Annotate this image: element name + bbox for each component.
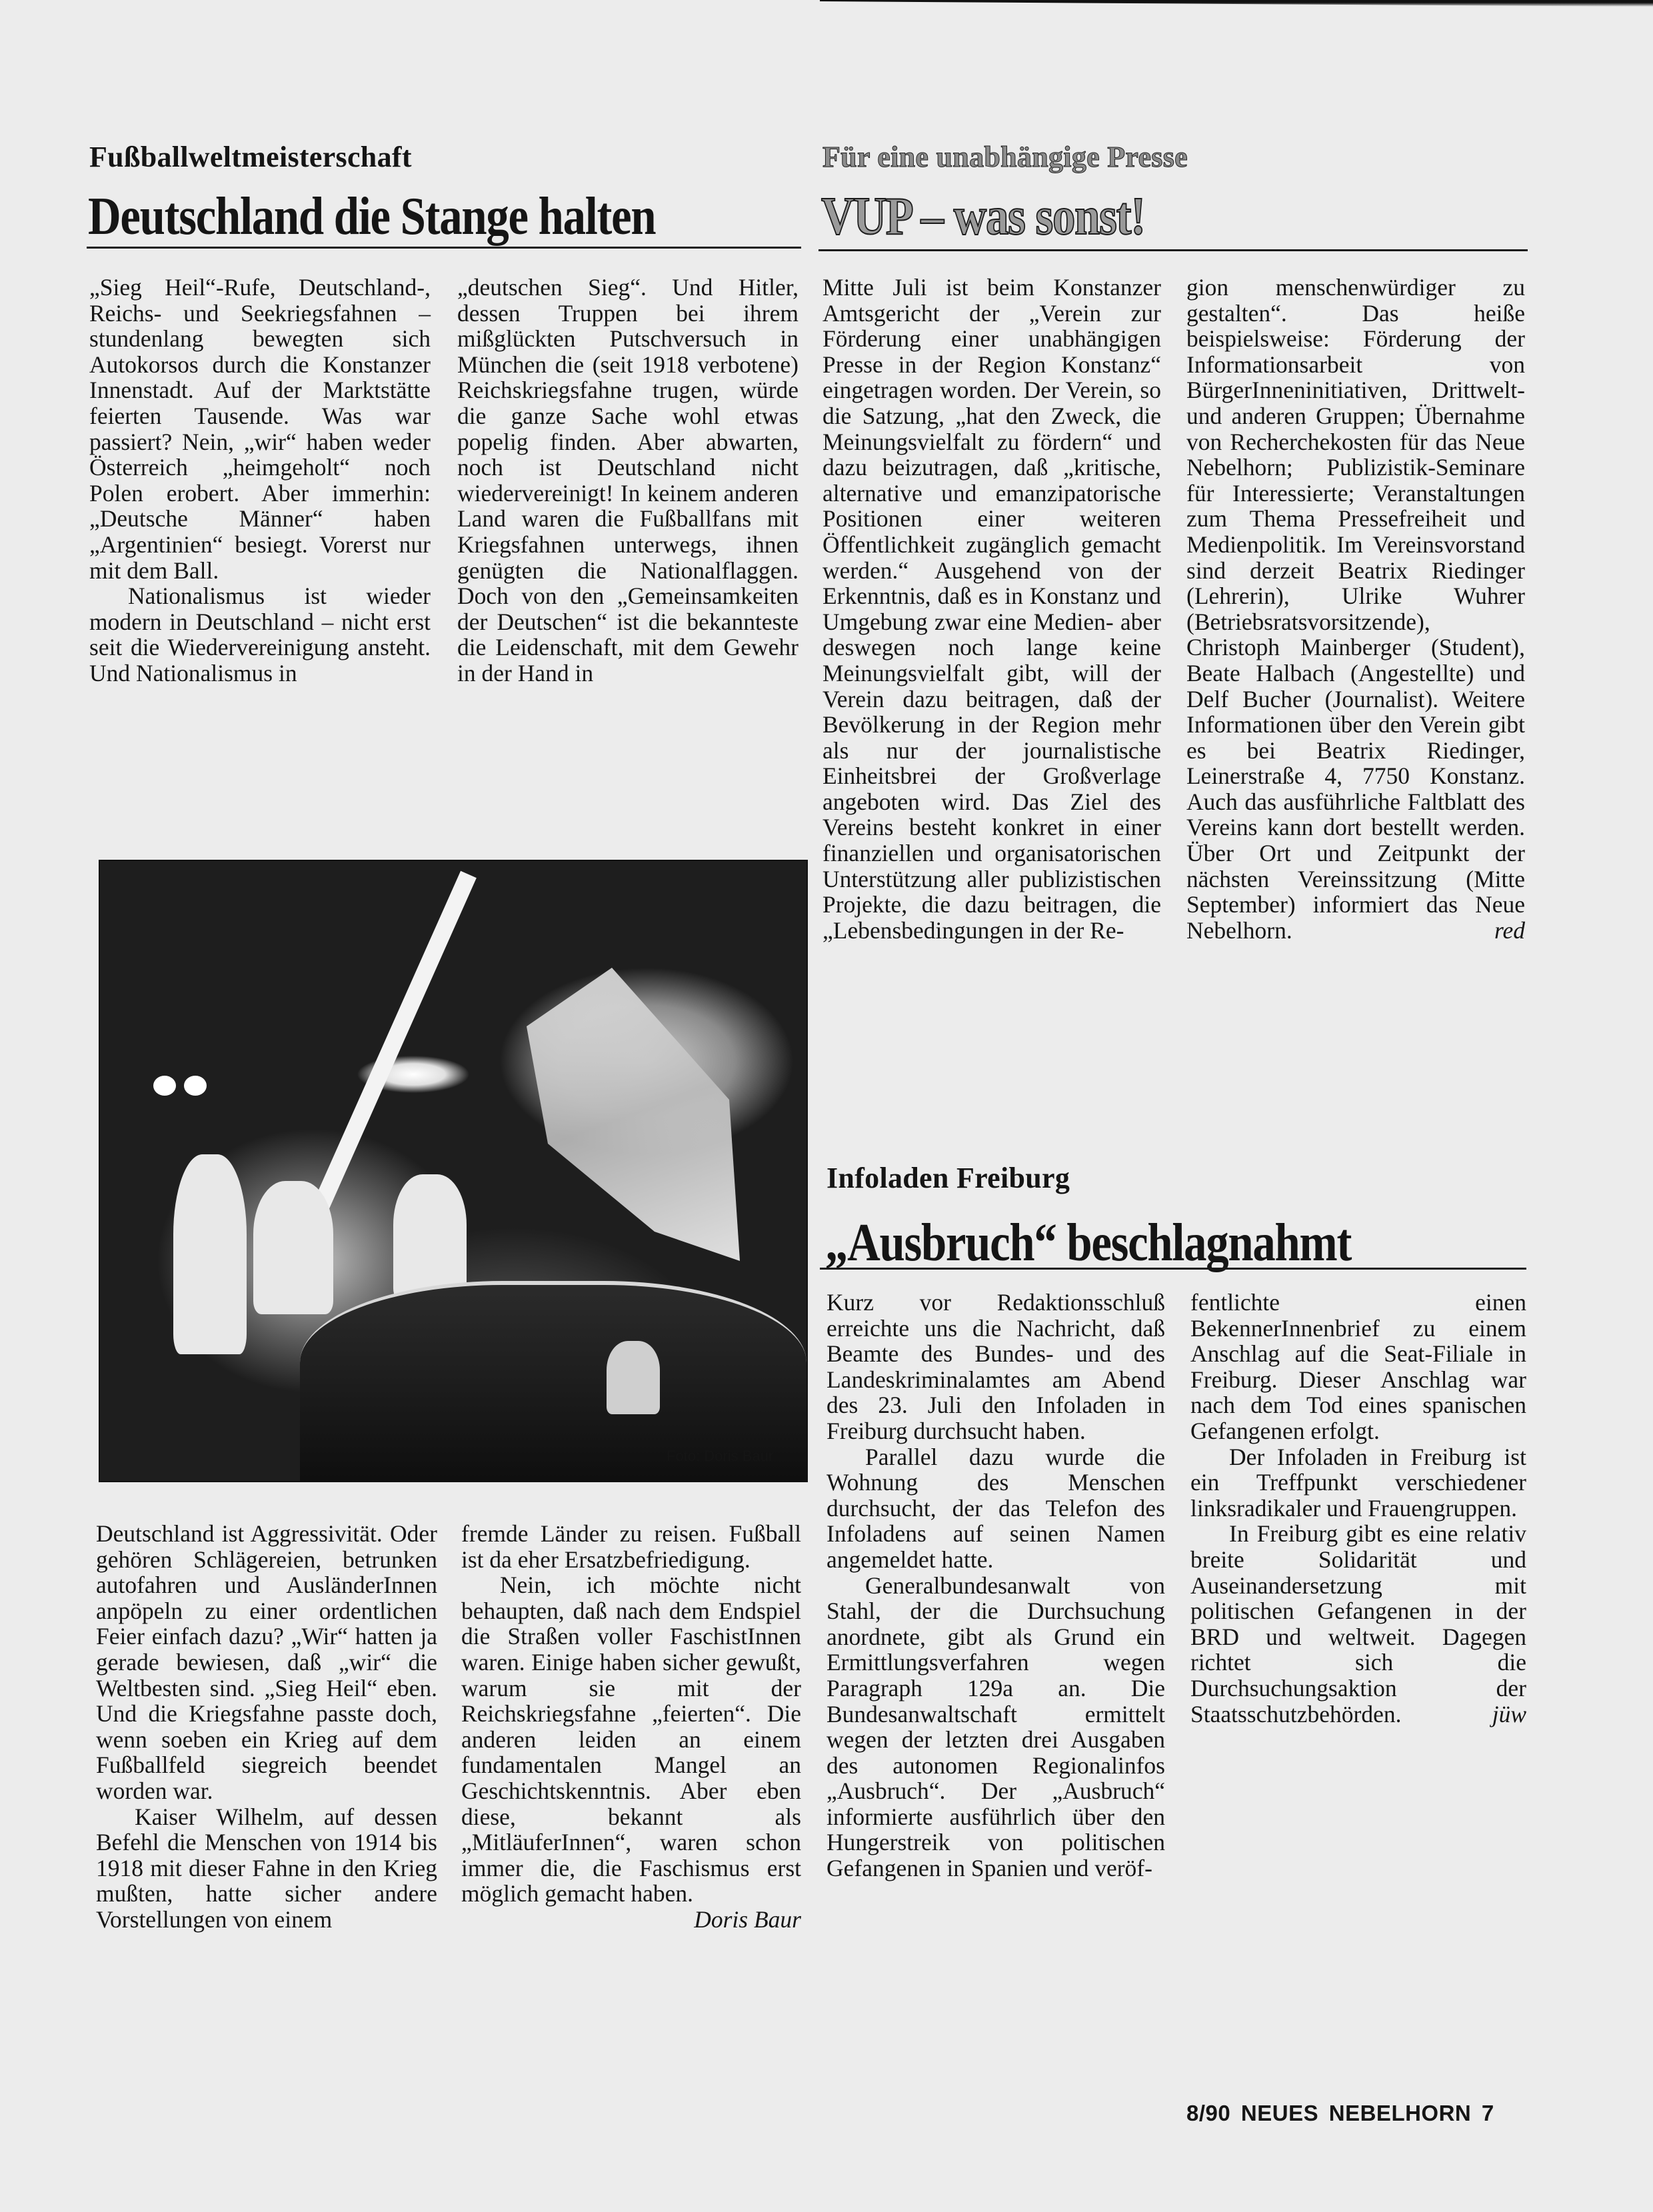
article-column-2: „deutschen Sieg“. Und Hitler, dessen Tru… bbox=[457, 275, 799, 686]
photo-caption: Foto: Doris Baur bbox=[667, 1448, 773, 1465]
person-silhouette bbox=[393, 1174, 467, 1301]
headline-rule bbox=[87, 247, 801, 249]
article-column-1: Kurz vor Redaktionsschluß erreichte uns … bbox=[826, 1290, 1165, 1881]
paragraph: fentlichte einen BekennerInnenbrief zu e… bbox=[1190, 1290, 1526, 1444]
paragraph: Parallel dazu wurde die Wohnung des Mens… bbox=[826, 1444, 1165, 1573]
article-headline: „Ausbruch“ beschlagnahmt bbox=[825, 1216, 1351, 1270]
paragraph-text: gion menschenwürdiger zu gestalten“. Das… bbox=[1186, 274, 1525, 944]
article-headline: Deutschland die Stange halten bbox=[88, 190, 655, 243]
article-column-2: gion menschenwürdiger zu gestalten“. Das… bbox=[1186, 275, 1525, 943]
paragraph: Mitte Juli ist beim Konstanzer Amtsgeric… bbox=[823, 275, 1161, 943]
article-column-2: fentlichte einen BekennerInnenbrief zu e… bbox=[1190, 1290, 1526, 1727]
paragraph: In Freiburg gibt es eine relativ breite … bbox=[1190, 1521, 1526, 1727]
person-in-car bbox=[607, 1341, 660, 1414]
photo-flag-waving-crowd bbox=[99, 860, 808, 1482]
article-column-1: „Sieg Heil“-Rufe, Deutschland-, Reichs- … bbox=[89, 275, 431, 686]
street-lamp-icon bbox=[153, 1076, 176, 1096]
author-signature: red bbox=[1494, 918, 1525, 944]
paragraph: Kurz vor Redaktionsschluß erreichte uns … bbox=[826, 1290, 1165, 1444]
headline-rule bbox=[819, 249, 1528, 251]
paragraph: Nationalismus ist wieder modern in Deuts… bbox=[89, 583, 431, 686]
paragraph: fremde Länder zu reisen. Fußball ist da … bbox=[461, 1521, 801, 1572]
paragraph: Nein, ich möchte nicht behaupten, daß na… bbox=[461, 1572, 801, 1907]
article-column-4: fremde Länder zu reisen. Fußball ist da … bbox=[461, 1521, 801, 1933]
person-silhouette bbox=[253, 1181, 333, 1314]
flag-shape bbox=[527, 968, 740, 1261]
street-lamp-icon bbox=[184, 1076, 207, 1096]
paragraph: Deutschland ist Aggressivität. Oder gehö… bbox=[96, 1521, 437, 1804]
paragraph: „deutschen Sieg“. Und Hitler, dessen Tru… bbox=[457, 275, 799, 686]
scan-edge-shadow bbox=[820, 0, 1653, 7]
paragraph: „Sieg Heil“-Rufe, Deutschland-, Reichs- … bbox=[89, 275, 431, 583]
paragraph: Der Infoladen in Freiburg ist ein Treffp… bbox=[1190, 1444, 1526, 1522]
headline-rule bbox=[820, 1268, 1526, 1270]
article-kicker: Fußballweltmeisterschaft bbox=[89, 140, 412, 174]
article-kicker: Für eine unabhängige Presse bbox=[823, 140, 1188, 174]
paragraph: Kaiser Wilhelm, auf dessen Befehl die Me… bbox=[96, 1804, 437, 1933]
paragraph: Generalbundesanwalt von Stahl, der die D… bbox=[826, 1573, 1165, 1881]
person-silhouette bbox=[173, 1154, 247, 1354]
paragraph: gion menschenwürdiger zu gestalten“. Das… bbox=[1186, 275, 1525, 943]
paragraph-text: In Freiburg gibt es eine relativ breite … bbox=[1190, 1520, 1526, 1727]
author-signature: Doris Baur bbox=[461, 1907, 801, 1933]
author-signature: jüw bbox=[1454, 1701, 1526, 1727]
page-footer: 8/90 NEUES NEBELHORN 7 bbox=[1186, 2101, 1494, 2126]
article-column-3: Deutschland ist Aggressivität. Oder gehö… bbox=[96, 1521, 437, 1933]
article-column-1: Mitte Juli ist beim Konstanzer Amtsgeric… bbox=[823, 275, 1161, 943]
article-headline: VUP – was sonst! bbox=[821, 190, 1145, 243]
article-kicker: Infoladen Freiburg bbox=[826, 1161, 1070, 1195]
